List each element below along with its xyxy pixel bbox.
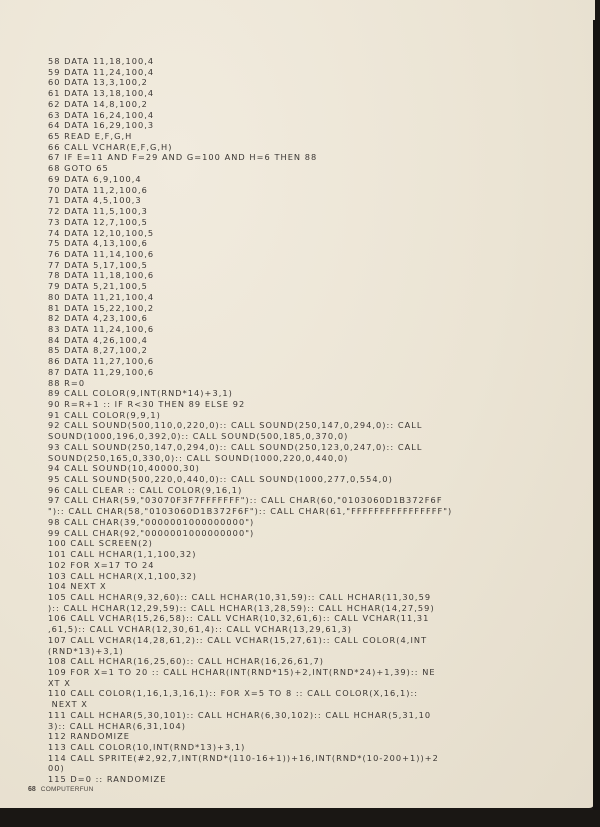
basic-program-listing: 58 DATA 11,18,100,459 DATA 11,24,100,460… (48, 56, 596, 785)
code-line: 94 CALL SOUND(10,40000,30) (48, 463, 596, 474)
code-line: 98 CALL CHAR(39,"0000001000000000") (48, 517, 596, 528)
code-line: (RND*13)+3,1) (48, 646, 596, 657)
code-line: 62 DATA 14,8,100,2 (48, 99, 596, 110)
code-line: 108 CALL HCHAR(16,25,60):: CALL HCHAR(16… (48, 656, 596, 667)
code-line: 73 DATA 12,7,100,5 (48, 217, 596, 228)
code-line: 79 DATA 5,21,100,5 (48, 281, 596, 292)
code-line: ):: CALL HCHAR(12,29,59):: CALL HCHAR(13… (48, 603, 596, 614)
code-line: 100 CALL SCREEN(2) (48, 538, 596, 549)
code-line: 74 DATA 12,10,100,5 (48, 228, 596, 239)
code-line: 77 DATA 5,17,100,5 (48, 260, 596, 271)
code-line: 114 CALL SPRITE(#2,92,7,INT(RND*(110-16+… (48, 753, 596, 764)
code-line: 76 DATA 11,14,100,6 (48, 249, 596, 260)
code-line: 80 DATA 11,21,100,4 (48, 292, 596, 303)
code-line: 112 RANDOMIZE (48, 731, 596, 742)
page-footer: 68ComputerFun (28, 778, 94, 796)
code-line: ,61,5):: CALL VCHAR(12,30,61,4):: CALL V… (48, 624, 596, 635)
code-line: 87 DATA 11,29,100,6 (48, 367, 596, 378)
code-line: NEXT X (48, 699, 596, 710)
code-line: 59 DATA 11,24,100,4 (48, 67, 596, 78)
code-line: 61 DATA 13,18,100,4 (48, 88, 596, 99)
code-line: 86 DATA 11,27,100,6 (48, 356, 596, 367)
code-line: 107 CALL VCHAR(14,28,61,2):: CALL VCHAR(… (48, 635, 596, 646)
code-line: SOUND(1000,196,0,392,0):: CALL SOUND(500… (48, 431, 596, 442)
code-line: "):: CALL CHAR(58,"0103060D1B372F6F"):: … (48, 506, 596, 517)
code-line: 90 R=R+1 :: IF R<30 THEN 89 ELSE 92 (48, 399, 596, 410)
code-line: 60 DATA 13,3,100,2 (48, 77, 596, 88)
code-line: 103 CALL HCHAR(X,1,100,32) (48, 571, 596, 582)
code-line: 99 CALL CHAR(92,"0000001000000000") (48, 528, 596, 539)
page-edge-shadow (593, 20, 600, 810)
code-line: 105 CALL HCHAR(9,32,60):: CALL HCHAR(10,… (48, 592, 596, 603)
code-line: 64 DATA 16,29,100,3 (48, 120, 596, 131)
code-line: 115 D=0 :: RANDOMIZE (48, 774, 596, 785)
code-line: 84 DATA 4,26,100,4 (48, 335, 596, 346)
code-line: 101 CALL HCHAR(1,1,100,32) (48, 549, 596, 560)
code-line: 97 CALL CHAR(59,"03070F3F7FFFFFFF"):: CA… (48, 495, 596, 506)
code-line: 110 CALL COLOR(1,16,1,3,16,1):: FOR X=5 … (48, 688, 596, 699)
code-line: 65 READ E,F,G,H (48, 131, 596, 142)
code-line: 92 CALL SOUND(500,110,0,220,0):: CALL SO… (48, 420, 596, 431)
magazine-page: 58 DATA 11,18,100,459 DATA 11,24,100,460… (0, 0, 595, 808)
code-line: 113 CALL COLOR(10,INT(RND*13)+3,1) (48, 742, 596, 753)
code-line: XT X (48, 678, 596, 689)
code-line: 111 CALL HCHAR(5,30,101):: CALL HCHAR(6,… (48, 710, 596, 721)
code-line: 71 DATA 4,5,100,3 (48, 195, 596, 206)
code-line: 81 DATA 15,22,100,2 (48, 303, 596, 314)
code-line: SOUND(250,165,0,330,0):: CALL SOUND(1000… (48, 453, 596, 464)
code-line: 106 CALL VCHAR(15,26,58):: CALL VCHAR(10… (48, 613, 596, 624)
code-line: 83 DATA 11,24,100,6 (48, 324, 596, 335)
code-line: 63 DATA 16,24,100,4 (48, 110, 596, 121)
code-line: 00) (48, 763, 596, 774)
code-line: 66 CALL VCHAR(E,F,G,H) (48, 142, 596, 153)
code-line: 109 FOR X=1 TO 20 :: CALL HCHAR(INT(RND*… (48, 667, 596, 678)
code-line: 78 DATA 11,18,100,6 (48, 270, 596, 281)
code-line: 68 GOTO 65 (48, 163, 596, 174)
code-line: 69 DATA 6,9,100,4 (48, 174, 596, 185)
code-line: 72 DATA 11,5,100,3 (48, 206, 596, 217)
code-line: 58 DATA 11,18,100,4 (48, 56, 596, 67)
code-line: 104 NEXT X (48, 581, 596, 592)
code-line: 82 DATA 4,23,100,6 (48, 313, 596, 324)
code-line: 70 DATA 11,2,100,6 (48, 185, 596, 196)
code-line: 102 FOR X=17 TO 24 (48, 560, 596, 571)
code-line: 91 CALL COLOR(9,9,1) (48, 410, 596, 421)
code-line: 96 CALL CLEAR :: CALL COLOR(9,16,1) (48, 485, 596, 496)
page-number: 68 (28, 786, 36, 793)
code-line: 89 CALL COLOR(9,INT(RND*14)+3,1) (48, 388, 596, 399)
code-line: 88 R=0 (48, 378, 596, 389)
magazine-name: ComputerFun (41, 786, 94, 793)
code-line: 95 CALL SOUND(500,220,0,440,0):: CALL SO… (48, 474, 596, 485)
code-line: 85 DATA 8,27,100,2 (48, 345, 596, 356)
code-line: 93 CALL SOUND(250,147,0,294,0):: CALL SO… (48, 442, 596, 453)
code-line: 75 DATA 4,13,100,6 (48, 238, 596, 249)
code-line: 3):: CALL HCHAR(6,31,104) (48, 721, 596, 732)
code-line: 67 IF E=11 AND F=29 AND G=100 AND H=6 TH… (48, 152, 596, 163)
